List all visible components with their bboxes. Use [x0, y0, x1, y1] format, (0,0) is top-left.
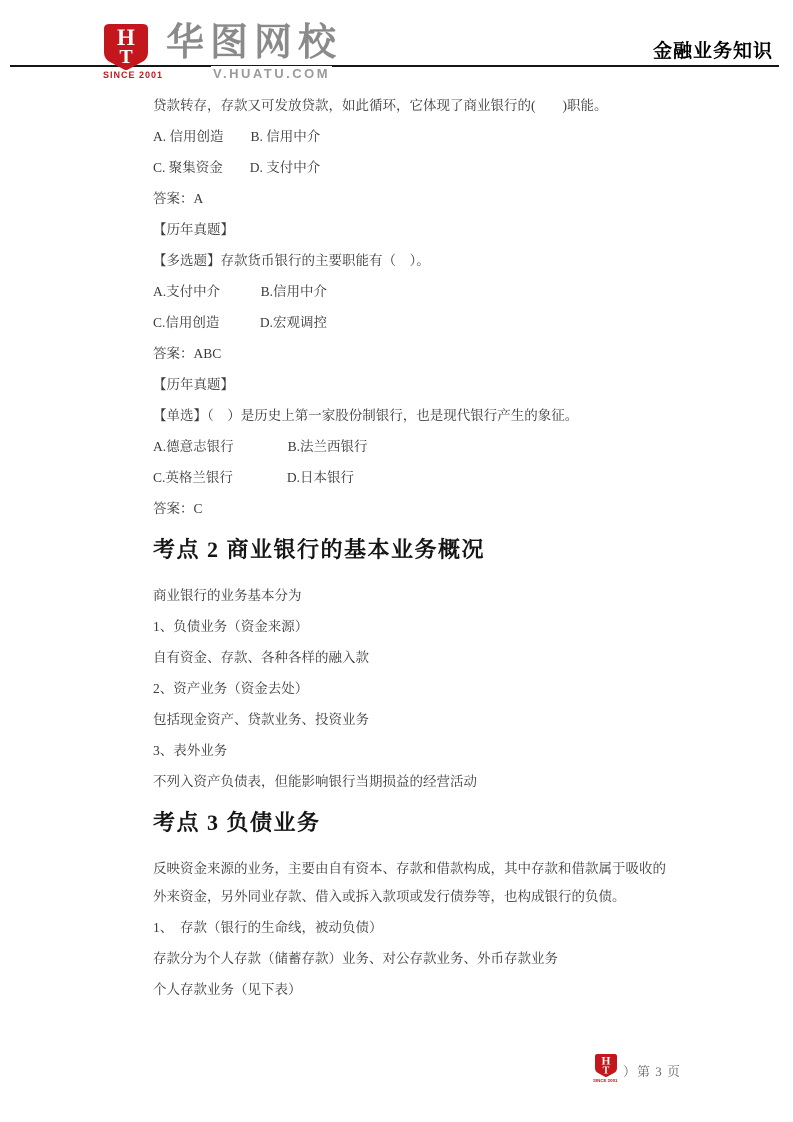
huatu-shield-logo-small-icon: H T SINCE 2001 — [595, 1054, 619, 1086]
logo-monogram-t: T — [119, 46, 133, 68]
paragraph: 商业银行的业务基本分为 — [153, 582, 669, 610]
paragraph: C.信用创造 D.宏观调控 — [153, 309, 669, 337]
document-body: 贷款转存，存款又可发放贷款，如此循环，它体现了商业银行的( )职能。A. 信用创… — [153, 92, 669, 1007]
paragraph: 贷款转存，存款又可发放贷款，如此循环，它体现了商业银行的( )职能。 — [153, 92, 669, 120]
document-page: H T SINCE 2001 华图网校 V.HUATU.COM 金融业务知识 贷… — [0, 0, 793, 1122]
huatu-shield-logo-icon: H T — [104, 24, 148, 72]
footer-logo-monogram-t: T — [603, 1066, 610, 1077]
paragraph: 【多选题】存款货币银行的主要职能有（ ）。 — [153, 247, 669, 275]
paragraph: C.英格兰银行 D.日本银行 — [153, 464, 669, 492]
paragraph: 1、负债业务（资金来源） — [153, 613, 669, 641]
footer-logo-since-label: SINCE 2001 — [593, 1078, 615, 1083]
paragraph: 个人存款业务（见下表） — [153, 976, 669, 1004]
paragraph: C. 聚集资金 D. 支付中介 — [153, 154, 669, 182]
section-heading: 考点 3 负债业务 — [153, 806, 669, 840]
paragraph: 答案：ABC — [153, 340, 669, 368]
paragraph: 【历年真题】 — [153, 216, 669, 244]
brand-name: 华图网校 — [166, 24, 342, 62]
paragraph: 包括现金资产、贷款业务、投资业务 — [153, 706, 669, 734]
paragraph: 1、 存款（银行的生命线，被动负债） — [153, 914, 669, 942]
brand-domain: V.HUATU.COM — [211, 66, 332, 81]
paragraph: 2、资产业务（资金去处） — [153, 675, 669, 703]
logo-since-label: SINCE 2001 — [98, 70, 168, 80]
paragraph: 【历年真题】 — [153, 371, 669, 399]
paragraph: 答案：C — [153, 495, 669, 523]
paragraph: 【单选】（ ）是历史上第一家股份制银行，也是现代银行产生的象征。 — [153, 402, 669, 430]
page-footer: H T SINCE 2001 ）第 3 页 — [595, 1054, 681, 1086]
paragraph: 3、表外业务 — [153, 737, 669, 765]
paragraph: A.德意志银行 B.法兰西银行 — [153, 433, 669, 461]
paragraph: A.支付中介 B.信用中介 — [153, 278, 669, 306]
section-heading: 考点 2 商业银行的基本业务概况 — [153, 533, 669, 567]
paragraph: 答案：A — [153, 185, 669, 213]
document-subject: 金融业务知识 — [653, 36, 773, 63]
paragraph: A. 信用创造 B. 信用中介 — [153, 123, 669, 151]
paragraph: 反映资金来源的业务，主要由自有资本、存款和借款构成，其中存款和借款属于吸收的外来… — [153, 855, 669, 911]
paragraph: 不列入资产负债表，但能影响银行当期损益的经营活动 — [153, 768, 669, 796]
paragraph: 存款分为个人存款（储蓄存款）业务、对公存款业务、外币存款业务 — [153, 945, 669, 973]
paragraph: 自有资金、存款、各种各样的融入款 — [153, 644, 669, 672]
page-number: ）第 3 页 — [623, 1061, 681, 1080]
